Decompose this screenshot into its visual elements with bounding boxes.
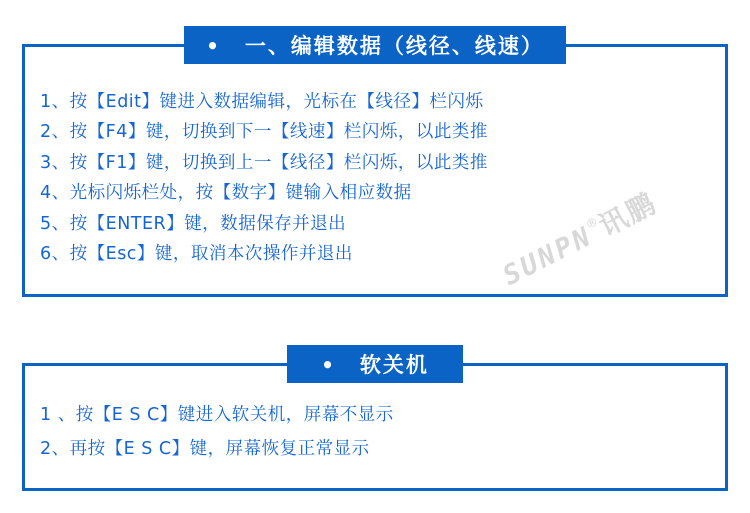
instruction-item: 2、再按【E S C】键，屏幕恢复正常显示 — [40, 432, 725, 466]
section-header-soft-power: • 软关机 — [287, 345, 463, 383]
bullet-icon: • — [321, 355, 336, 375]
section-title-edit-data: 一、编辑数据（线径、线速） — [245, 30, 544, 60]
instruction-item: 4、光标闪烁栏处，按【数字】键输入相应数据 — [40, 178, 725, 208]
instruction-item: 6、按【Esc】键，取消本次操作并退出 — [40, 239, 725, 269]
instruction-item: 5、按【ENTER】键，数据保存并退出 — [40, 209, 725, 239]
instruction-item: 1、按【Edit】键进入数据编辑，光标在【线径】栏闪烁 — [40, 87, 725, 117]
instruction-list-edit-data: 1、按【Edit】键进入数据编辑，光标在【线径】栏闪烁 2、按【F4】键，切换到… — [25, 87, 725, 269]
instruction-list-soft-power: 1 、按【E S C】键进入软关机，屏幕不显示 2、再按【E S C】键，屏幕恢… — [25, 398, 725, 466]
bullet-icon: • — [206, 36, 221, 56]
instruction-item: 1 、按【E S C】键进入软关机，屏幕不显示 — [40, 398, 725, 432]
instruction-item: 3、按【F1】键，切换到上一【线径】栏闪烁，以此类推 — [40, 148, 725, 178]
section-title-soft-power: 软关机 — [360, 349, 429, 379]
instruction-item: 2、按【F4】键，切换到下一【线速】栏闪烁，以此类推 — [40, 117, 725, 147]
section-header-edit-data: • 一、编辑数据（线径、线速） — [184, 26, 566, 64]
section-edit-data: • 一、编辑数据（线径、线速） 1、按【Edit】键进入数据编辑，光标在【线径】… — [22, 44, 728, 297]
section-soft-power: • 软关机 1 、按【E S C】键进入软关机，屏幕不显示 2、再按【E S C… — [22, 363, 728, 491]
